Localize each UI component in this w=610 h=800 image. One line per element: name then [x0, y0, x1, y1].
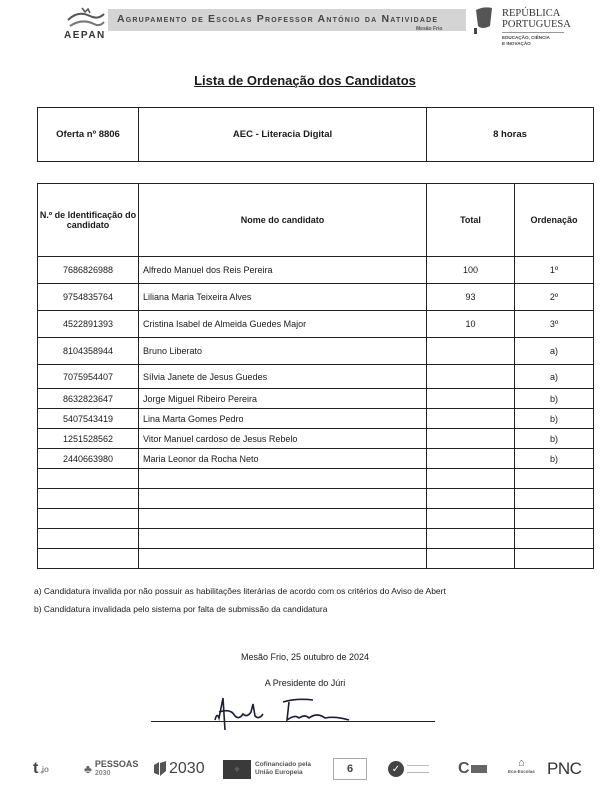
offer-table: Oferta nº 8806 AEC - Literacia Digital 8… — [37, 107, 594, 162]
cell-id — [38, 469, 139, 489]
ministry-line1: EDUCAÇÃO, CIÊNCIA — [502, 35, 550, 41]
republic-title-line2: PORTUGUESA — [502, 19, 571, 30]
cell-total: 100 — [427, 257, 515, 284]
cell-total — [427, 449, 515, 469]
cell-order: b) — [515, 429, 594, 449]
aepan-logo-icon — [64, 6, 106, 30]
cell-total — [427, 529, 515, 549]
cell-order: b) — [515, 409, 594, 429]
cell-id — [38, 529, 139, 549]
cell-id: 9754835764 — [38, 284, 139, 311]
table-row: 4522891393Cristina Isabel de Almeida Gue… — [38, 311, 594, 338]
header-order: Ordenação — [515, 184, 594, 257]
cell-order: b) — [515, 389, 594, 409]
school-location: Mesão Frio — [416, 26, 442, 32]
cell-order: a) — [515, 365, 594, 389]
cell-name: Liliana Maria Teixeira Alves — [139, 284, 427, 311]
tejo-logo-icon: t — [33, 760, 38, 778]
seal-text-lines — [407, 765, 429, 773]
eu-text: Cofinanciado pela União Europeia — [255, 761, 311, 777]
cell-order — [515, 469, 594, 489]
note-b: b) Candidatura invalidada pelo sistema p… — [34, 604, 327, 614]
offer-number: Oferta nº 8806 — [38, 108, 139, 162]
cell-order: 2º — [515, 284, 594, 311]
pnc-logo: PNC — [547, 757, 581, 781]
header-total: Total — [427, 184, 515, 257]
cell-name: Maria Leonor da Rocha Neto — [139, 449, 427, 469]
tejo-mark: ʝo — [40, 765, 49, 774]
cell-name — [139, 489, 427, 509]
cell-name — [139, 509, 427, 529]
table-row: 9754835764Liliana Maria Teixeira Alves93… — [38, 284, 594, 311]
pessoas-text: PESSOAS 2030 — [95, 760, 139, 778]
table-row: 7686826988Alfredo Manuel dos Reis Pereir… — [38, 257, 594, 284]
city-logo-block — [471, 765, 487, 773]
republic-title: REPÚBLICA PORTUGUESA — [502, 8, 571, 30]
header-id: N.º de Identificação do candidato — [38, 184, 139, 257]
empty-table-row — [38, 529, 594, 549]
signature-line — [151, 721, 435, 722]
eu-cofinanced-logo: ✧ Cofinanciado pela União Europeia — [223, 757, 311, 781]
cell-order: 3º — [515, 311, 594, 338]
check-seal-icon: ✓ — [388, 761, 404, 777]
school-seal-logo: 6 — [333, 757, 367, 781]
eco-escolas-icon: ⌂ — [518, 757, 525, 769]
cell-order — [515, 529, 594, 549]
eco-escolas-label: Eco-Escolas — [508, 769, 535, 774]
cell-name: Cristina Isabel de Almeida Guedes Major — [139, 311, 427, 338]
cell-id: 2440663980 — [38, 449, 139, 469]
cell-order — [515, 509, 594, 529]
cell-order: b) — [515, 449, 594, 469]
table-row: 7075954407Sílvia Janete de Jesus Guedesa… — [38, 365, 594, 389]
eu-flag-icon: ✧ — [223, 760, 251, 779]
pessoas-icon: ♣ — [84, 762, 92, 776]
document-title: Lista de Ordenação dos Candidatos — [0, 73, 610, 88]
portugal-2030-logo: 2030 — [153, 757, 205, 781]
cell-total — [427, 409, 515, 429]
cell-total — [427, 365, 515, 389]
header-name: Nome do candidato — [139, 184, 427, 257]
cell-order: 1º — [515, 257, 594, 284]
signatory-role: A Presidente do Júri — [0, 678, 610, 688]
cell-id — [38, 509, 139, 529]
cell-name: Lina Marta Gomes Pedro — [139, 409, 427, 429]
cell-order — [515, 549, 594, 569]
cell-total — [427, 338, 515, 365]
cell-id — [38, 549, 139, 569]
cell-total — [427, 469, 515, 489]
quality-seal-logo: ✓ — [388, 757, 429, 781]
cell-name — [139, 529, 427, 549]
cell-id: 7686826988 — [38, 257, 139, 284]
republic-emblem-icon — [474, 6, 494, 34]
city-logo-icon: C — [458, 760, 470, 778]
ministry-line2: E INOVAÇÃO — [502, 41, 550, 47]
republic-title-line1: REPÚBLICA — [502, 8, 571, 19]
cell-order: a) — [515, 338, 594, 365]
divider — [502, 32, 564, 33]
table-row: 1251528562Vitor Manuel cardoso de Jesus … — [38, 429, 594, 449]
eu-line2: União Europeia — [255, 769, 311, 777]
city-logo: C — [458, 757, 487, 781]
cell-id: 4522891393 — [38, 311, 139, 338]
ministry-name: EDUCAÇÃO, CIÊNCIA E INOVAÇÃO — [502, 35, 550, 46]
cell-name — [139, 549, 427, 569]
portugal-2030-icon — [153, 761, 167, 777]
school-name: Agrupamento de Escolas Professor António… — [117, 13, 438, 25]
empty-table-row — [38, 549, 594, 569]
candidates-table: N.º de Identificação do candidato Nome d… — [37, 183, 594, 569]
pessoas-2030-logo: ♣ PESSOAS 2030 — [84, 757, 138, 781]
offer-hours: 8 horas — [427, 108, 594, 162]
empty-table-row — [38, 469, 594, 489]
empty-table-row — [38, 489, 594, 509]
cell-total — [427, 429, 515, 449]
pessoas-year: 2030 — [95, 769, 139, 778]
cell-id: 8632823647 — [38, 389, 139, 409]
cell-id — [38, 489, 139, 509]
cell-total — [427, 489, 515, 509]
signature-icon — [205, 690, 355, 730]
school-seal-icon: 6 — [333, 758, 367, 780]
cell-name — [139, 469, 427, 489]
cell-total: 10 — [427, 311, 515, 338]
place-date: Mesão Frio, 25 outubro de 2024 — [0, 652, 610, 662]
cell-total — [427, 549, 515, 569]
note-a: a) Candidatura invalida por não possuir … — [34, 586, 446, 596]
cell-name: Vitor Manuel cardoso de Jesus Rebelo — [139, 429, 427, 449]
tejo-logo: t ʝo — [33, 757, 49, 781]
table-row: 5407543419Lina Marta Gomes Pedrob) — [38, 409, 594, 429]
cell-name: Sílvia Janete de Jesus Guedes — [139, 365, 427, 389]
cell-total — [427, 509, 515, 529]
table-row: 2440663980Maria Leonor da Rocha Netob) — [38, 449, 594, 469]
cell-name: Bruno Liberato — [139, 338, 427, 365]
cell-name: Alfredo Manuel dos Reis Pereira — [139, 257, 427, 284]
empty-table-row — [38, 509, 594, 529]
table-row: 8632823647Jorge Miguel Ribeiro Pereirab) — [38, 389, 594, 409]
cell-total — [427, 389, 515, 409]
school-acronym: AEPAN — [64, 30, 106, 41]
eu-line1: Cofinanciado pela — [255, 761, 311, 769]
cell-id: 7075954407 — [38, 365, 139, 389]
offer-subject: AEC - Literacia Digital — [139, 108, 427, 162]
table-row: 8104358944Bruno Liberatoa) — [38, 338, 594, 365]
cell-id: 8104358944 — [38, 338, 139, 365]
cell-id: 1251528562 — [38, 429, 139, 449]
eco-escolas-logo: ⌂ Eco-Escolas — [508, 757, 535, 781]
pessoas-label: PESSOAS — [95, 760, 139, 769]
cell-order — [515, 489, 594, 509]
pnc-label: PNC — [547, 759, 581, 779]
portugal-year: 2030 — [169, 760, 205, 778]
cell-name: Jorge Miguel Ribeiro Pereira — [139, 389, 427, 409]
cell-total: 93 — [427, 284, 515, 311]
cell-id: 5407543419 — [38, 409, 139, 429]
